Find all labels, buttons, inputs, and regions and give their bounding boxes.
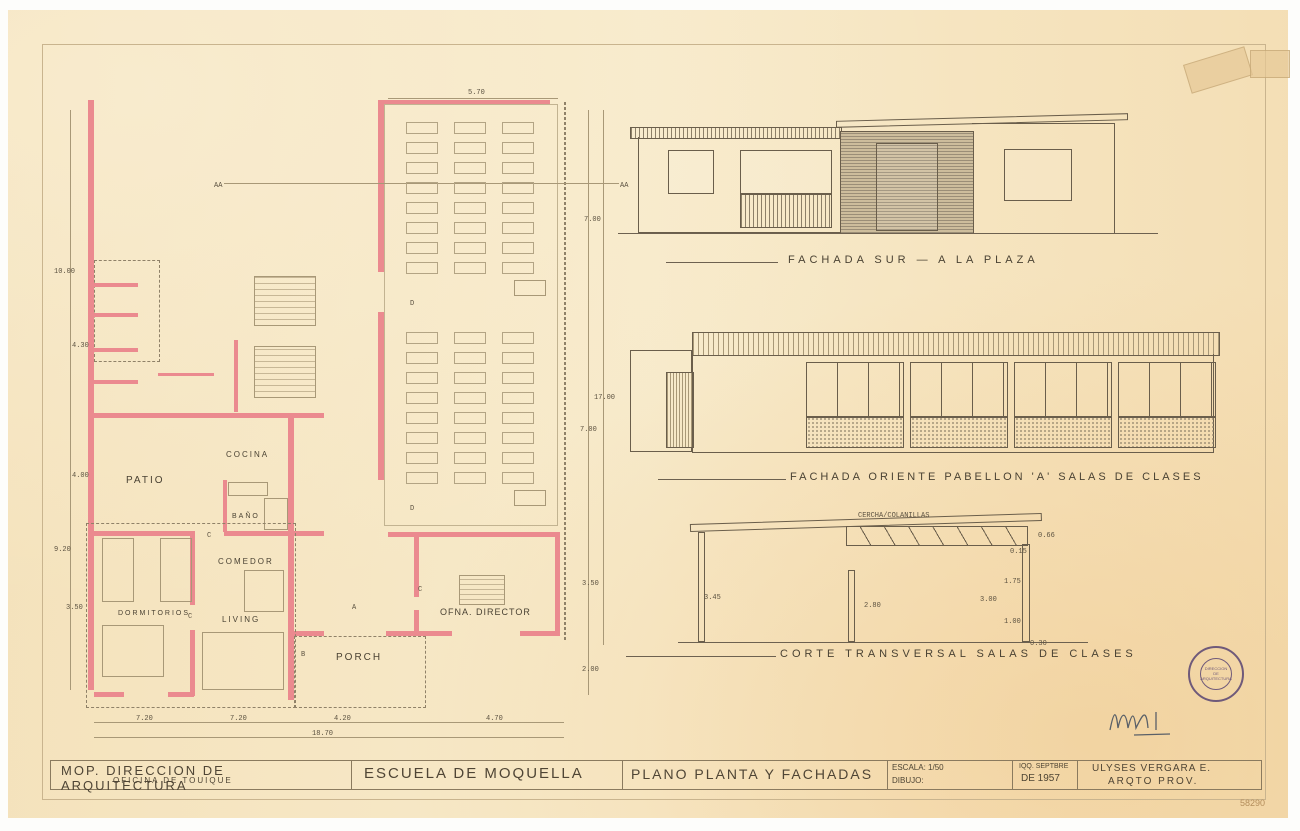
wall [158, 373, 214, 376]
teacher-desk [514, 490, 546, 506]
annex-door [666, 372, 694, 448]
dimension-line [388, 98, 558, 99]
room-label-cocina: COCINA [226, 450, 269, 459]
section-annotation: 3.00 [980, 596, 997, 604]
section-annotation: 1.75 [1004, 578, 1021, 586]
wall [94, 380, 138, 384]
roof-band [692, 332, 1220, 356]
dimension-right: 7.00 [580, 426, 597, 434]
dimension-right: 17.00 [594, 394, 615, 402]
project-name: ESCUELA DE MOQUELLA [364, 765, 584, 782]
scale: ESCALA: 1/50 [892, 763, 944, 772]
section-annotation: 0.66 [1038, 532, 1055, 540]
window-bay [1014, 362, 1112, 418]
door-mark: B [301, 651, 305, 659]
dimension-line [70, 110, 71, 690]
door-mark: C [418, 586, 422, 594]
caption-rule [658, 479, 786, 480]
dimension-left: 3.50 [66, 604, 83, 612]
ground-line [618, 233, 1158, 234]
right-wall [1022, 544, 1030, 642]
caption-section: CORTE TRANSVERSAL SALAS DE CLASES [780, 648, 1137, 660]
window-bay [910, 362, 1008, 418]
section-annotation: 1.00 [1004, 618, 1021, 626]
dimension-left: 10.00 [54, 268, 75, 276]
caption-rule [626, 656, 776, 657]
dimension-bottom: 7.20 [230, 715, 247, 723]
wood-panel [740, 194, 832, 228]
floor-line [678, 642, 1088, 643]
caption-south: FACHADA SUR — A LA PLAZA [788, 254, 1039, 266]
wall [94, 283, 138, 287]
section-annotation: 3.45 [704, 594, 721, 602]
dimension-bottom: 4.70 [486, 715, 503, 723]
architect-name: ULYSES VERGARA E. [1092, 763, 1211, 774]
window [1004, 149, 1072, 201]
stone-base [1118, 416, 1216, 448]
window [668, 150, 714, 194]
room-label-bano: BAÑO [232, 513, 260, 520]
bench [254, 346, 316, 398]
dimension-line [588, 110, 589, 695]
wall [555, 532, 560, 636]
archive-number: 58290 [1240, 798, 1265, 808]
section-annotation: 0.30 [1030, 640, 1047, 648]
architect-title: ARQTO PROV. [1108, 776, 1198, 787]
cross-section: CERCHA/COLANILLAS 0.66 0.15 3.45 2.80 3.… [678, 510, 1098, 660]
office: OFICINA DE TOUIQUE [113, 776, 233, 785]
truss [846, 526, 1028, 546]
director-desk [459, 575, 505, 605]
entry-door [876, 143, 938, 231]
stove [228, 482, 268, 496]
wall [520, 631, 560, 636]
stamp-text: ARQUITECTURA [1196, 676, 1236, 681]
agency-cell: MOP. DIRECCION DE ARQUITECTURA OFICINA D… [51, 761, 352, 789]
date-line2: DE 1957 [1021, 773, 1060, 784]
door-mark: D [410, 505, 414, 513]
section-annotation: 0.15 [1010, 548, 1027, 556]
project-cell: ESCUELA DE MOQUELLA [352, 761, 623, 789]
east-elevation [620, 320, 1240, 460]
wall [234, 340, 238, 412]
sheet-title: PLANO PLANTA Y FACHADAS [631, 766, 873, 782]
door-mark: A [352, 604, 356, 612]
stone-base [1014, 416, 1112, 448]
room-label-director: OFNA. DIRECTOR [440, 607, 531, 617]
section-annotation: 2.80 [864, 602, 881, 610]
stone-base [806, 416, 904, 448]
caption-east: FACHADA ORIENTE PABELLON 'A' SALAS DE CL… [790, 471, 1204, 483]
window [740, 150, 832, 194]
dimension-left: 4.00 [72, 472, 89, 480]
door-mark: C [207, 532, 211, 540]
dimension-right: 3.50 [582, 580, 599, 588]
room-label-dormitorios: DORMITORIOS [118, 610, 190, 617]
teacher-desk [514, 280, 546, 296]
stone-base [910, 416, 1008, 448]
porch-outline [294, 636, 426, 708]
title-block: MOP. DIRECCION DE ARQUITECTURA OFICINA D… [50, 760, 1262, 790]
dimension-bottom: 4.20 [334, 715, 351, 723]
date-cell: IQQ. SEPTBRE DE 1957 [1013, 761, 1078, 789]
floor-plan: PATIO COCINA BAÑO COMEDOR DORMITORIOS LI… [8, 10, 608, 750]
room-label-living: LIVING [222, 615, 260, 624]
dimension-right: 2.00 [582, 666, 599, 674]
architect-cell: ULYSES VERGARA E. ARQTO PROV. [1078, 761, 1261, 789]
dimension-line [603, 110, 604, 645]
left-post [698, 532, 705, 642]
dimension-left: 9.20 [54, 546, 71, 554]
blueprint-sheet: PATIO COCINA BAÑO COMEDOR DORMITORIOS LI… [8, 10, 1288, 818]
dimension-bottom: 18.70 [312, 730, 333, 738]
mid-wall [848, 570, 855, 642]
window-bay [806, 362, 904, 418]
door-mark: C [188, 613, 192, 621]
section-annotation: CERCHA/COLANILLAS [858, 512, 929, 520]
drawn-by: DIBUJO: [892, 776, 924, 785]
room-label-patio: PATIO [126, 475, 165, 486]
sheet-title-cell: PLANO PLANTA Y FACHADAS [623, 761, 888, 789]
signature [1104, 700, 1184, 740]
section-mark: AA [214, 182, 222, 190]
dimension-bottom: 7.20 [136, 715, 153, 723]
dimension-top: 5.70 [468, 89, 485, 97]
tape-strip [1250, 50, 1290, 78]
date-line1: IQQ. SEPTBRE [1019, 763, 1068, 770]
caption-rule [666, 262, 778, 263]
wall [94, 348, 138, 352]
wall [94, 313, 138, 317]
dimension-left: 4.30 [72, 342, 89, 350]
archive-stamp: DIRECCION DE ARQUITECTURA [1188, 646, 1244, 702]
room-label-comedor: COMEDOR [218, 557, 274, 566]
bench [254, 276, 316, 326]
scale-cell: ESCALA: 1/50 DIBUJO: [888, 761, 1013, 789]
window-bay [1118, 362, 1216, 418]
dimension-right: 7.00 [584, 216, 601, 224]
south-elevation [618, 105, 1158, 275]
room-label-porch: PORCH [336, 652, 382, 663]
toilets-outline [94, 260, 160, 362]
door-mark: D [410, 300, 414, 308]
